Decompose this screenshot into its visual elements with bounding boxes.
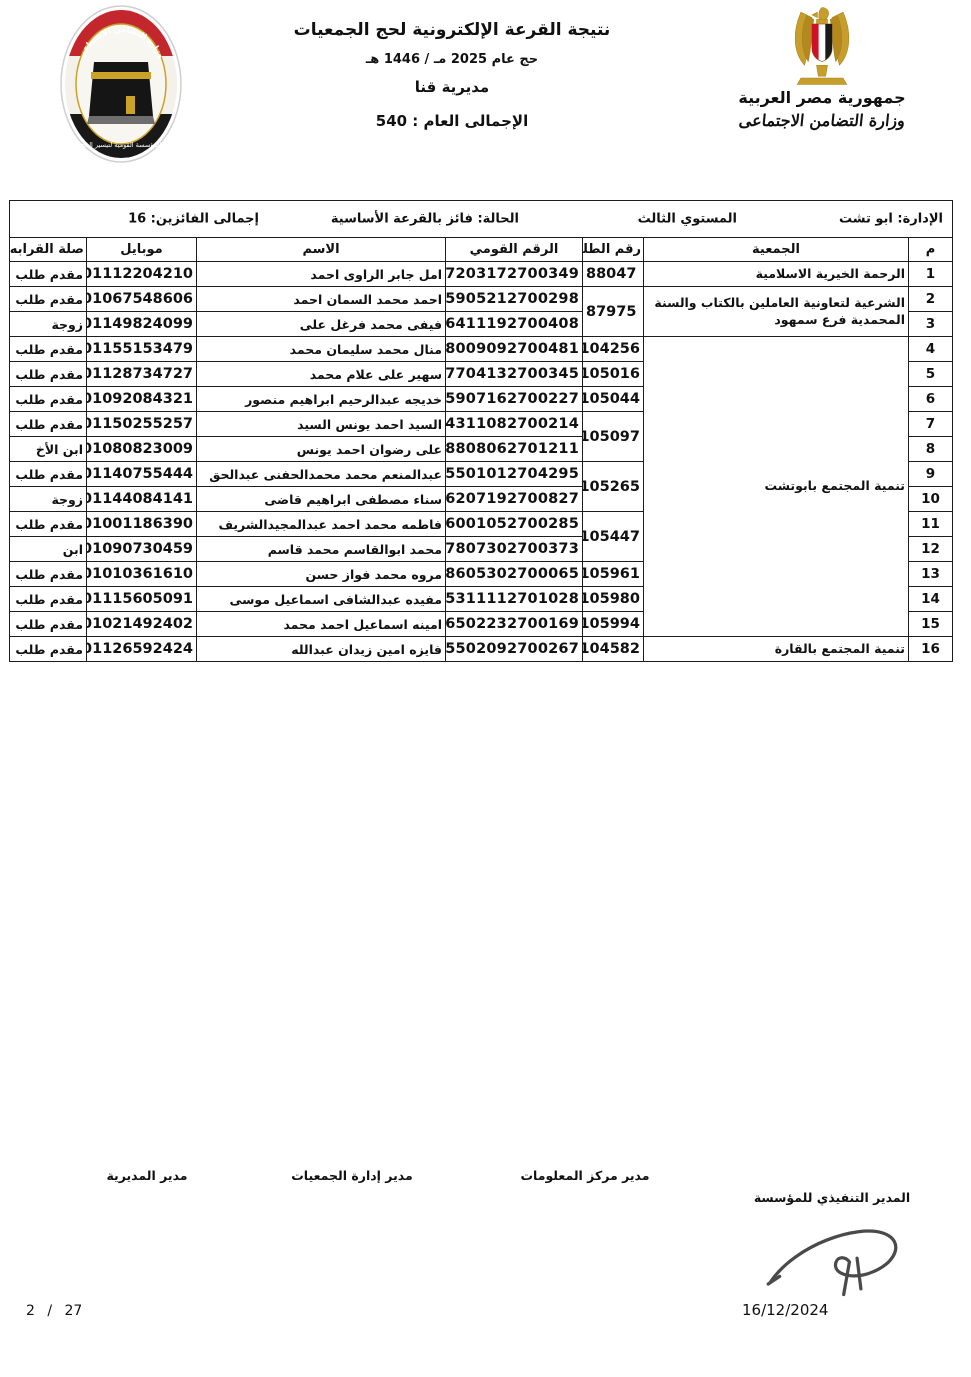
mobile-cell: 01115605091 [87,587,197,612]
name-cell: سناء مصطفى ابراهيم قاضى [197,487,446,512]
row-number-cell: 1 [909,262,953,287]
table-body: 1الرحمة الخيرية الاسلامية880472720317270… [10,262,953,662]
egypt-eagle-emblem-icon [789,6,855,86]
name-cell: خديجه عبدالرحيم ابراهيم منصور [197,387,446,412]
national-id-cell: 27704132700345 [446,362,583,387]
name-cell: احمد محمد السمان احمد [197,287,446,312]
table-header-row: مالجمعيةرقم الطلبالرقم القوميالاسمموبايل… [10,238,953,262]
relation-cell: مقدم طلب [10,387,87,412]
national-id-cell: 28605302700065 [446,562,583,587]
row-number-cell: 6 [909,387,953,412]
mobile-cell: 01010361610 [87,562,197,587]
national-id-cell: 27807302700373 [446,537,583,562]
name-cell: السيد احمد يونس السيد [197,412,446,437]
national-id-cell: 25905212700298 [446,287,583,312]
association-cell: تنمية المجتمع بابوتشت [644,337,909,637]
footer-date: 16/12/2024 [742,1301,828,1319]
row-number-cell: 10 [909,487,953,512]
relation-cell: مقدم طلب [10,262,87,287]
relation-cell: مقدم طلب [10,562,87,587]
relation-cell: مقدم طلب [10,412,87,437]
name-cell: سهير على علام محمد [197,362,446,387]
table-row: 1الرحمة الخيرية الاسلامية880472720317270… [10,262,953,287]
national-id-cell: 25501012704295 [446,462,583,487]
name-cell: فاطمه محمد احمد عبدالمجيدالشريف [197,512,446,537]
page-number: 2 / 27 [26,1303,82,1319]
name-cell: مروه محمد فواز حسن [197,562,446,587]
results-table: الإدارة: ابو تشت المستوي الثالث الحالة: … [9,200,953,662]
name-cell: فيفى محمد فرغل على [197,312,446,337]
table-info-row: الإدارة: ابو تشت المستوي الثالث الحالة: … [10,201,953,238]
row-number-cell: 14 [909,587,953,612]
relation-cell: ابن الأخ [10,437,87,462]
association-cell: الشرعية لتعاونية العاملين بالكتاب والسنة… [644,287,909,337]
directorate-line: مديرية قنا [278,78,626,96]
mobile-cell: 01140755444 [87,462,197,487]
info-administration: الإدارة: ابو تشت [839,212,943,227]
info-status: الحالة: فائز بالقرعة الأساسية [331,212,519,227]
national-id-cell: 24311082700214 [446,412,583,437]
mobile-cell: 01126592424 [87,637,197,662]
association-cell: الرحمة الخيرية الاسلامية [644,262,909,287]
national-id-cell: 28009092700481 [446,337,583,362]
request-number-cell: 104256 [583,337,644,362]
mobile-cell: 01128734727 [87,362,197,387]
hajj-year-line: حج عام 2025 مـ / 1446 هـ [278,52,626,67]
request-number-cell: 105994 [583,612,644,637]
signatory-information-center-manager: مدير مركز المعلومات [505,1168,665,1183]
logo-bottom-arc-text: المؤسسة القومية لتيسير الحج [81,141,162,149]
signatory-directorate-manager: مدير المديرية [92,1168,202,1183]
national-id-cell: 26502232700169 [446,612,583,637]
national-id-cell: 27203172700349 [446,262,583,287]
relation-cell: مقدم طلب [10,362,87,387]
row-number-cell: 16 [909,637,953,662]
name-cell: منال محمد سليمان محمد [197,337,446,362]
mobile-cell: 01155153479 [87,337,197,362]
name-cell: امينه اسماعيل احمد محمد [197,612,446,637]
ministry-calligraphy: وزارة التضامن الاجتماعى [721,111,923,130]
row-number-cell: 9 [909,462,953,487]
row-number-cell: 11 [909,512,953,537]
document-title: نتيجة القرعة الإلكترونية لحج الجمعيات [278,20,626,40]
request-number-cell: 105044 [583,387,644,412]
row-number-cell: 5 [909,362,953,387]
national-id-cell: 26001052700285 [446,512,583,537]
table-row: 16تنمية المجتمع بالقارة10458225502092700… [10,637,953,662]
national-id-cell: 28808062701211 [446,437,583,462]
association-cell: تنمية المجتمع بالقارة [644,637,909,662]
table-row: 2الشرعية لتعاونية العاملين بالكتاب والسن… [10,287,953,312]
request-number-cell: 105265 [583,462,644,512]
relation-cell: مقدم طلب [10,512,87,537]
results-table-wrap: الإدارة: ابو تشت المستوي الثالث الحالة: … [9,200,953,662]
request-number-cell: 105961 [583,562,644,587]
relation-cell: مقدم طلب [10,287,87,312]
relation-cell: مقدم طلب [10,462,87,487]
request-number-cell: 105447 [583,512,644,562]
document-page: جمهورية مصر العربية وزارة التضامن الاجتم… [0,0,971,1377]
name-cell: محمد ابوالقاسم محمد قاسم [197,537,446,562]
row-number-cell: 3 [909,312,953,337]
mobile-cell: 01144084141 [87,487,197,512]
request-number-cell: 87975 [583,287,644,337]
row-number-cell: 12 [909,537,953,562]
column-header: الجمعية [644,238,909,262]
national-id-cell: 26207192700827 [446,487,583,512]
national-id-cell: 25502092700267 [446,637,583,662]
column-header: م [909,238,953,262]
relation-cell: زوجة [10,487,87,512]
mobile-cell: 01149824099 [87,312,197,337]
request-number-cell: 104582 [583,637,644,662]
request-number-cell: 88047 [583,262,644,287]
republic-header: جمهورية مصر العربية وزارة التضامن الاجتم… [722,6,922,130]
request-number-cell: 105980 [583,587,644,612]
info-winners-total: إجمالى الفائزين: 16 [128,212,259,227]
table-row: 4تنمية المجتمع بابوتشت104256280090927004… [10,337,953,362]
signatory-executive-director: المدير التنفيذي للمؤسسة [742,1190,922,1205]
relation-cell: ابن [10,537,87,562]
country-name: جمهورية مصر العربية [722,88,922,107]
mobile-cell: 01001186390 [87,512,197,537]
name-cell: مفيده عبدالشافى اسماعيل موسى [197,587,446,612]
column-header: الاسم [197,238,446,262]
name-cell: فايزه امين زيدان عبدالله [197,637,446,662]
mobile-cell: 01112204210 [87,262,197,287]
mobile-cell: 01067548606 [87,287,197,312]
relation-cell: مقدم طلب [10,612,87,637]
name-cell: عبدالمنعم محمد محمدالحفنى عبدالحق [197,462,446,487]
row-number-cell: 13 [909,562,953,587]
row-number-cell: 8 [909,437,953,462]
national-id-cell: 26411192700408 [446,312,583,337]
document-title-block: نتيجة القرعة الإلكترونية لحج الجمعيات حج… [278,20,626,130]
column-header: صلة القرابه [10,238,87,262]
national-id-cell: 25907162700227 [446,387,583,412]
column-header: موبايل [87,238,197,262]
row-number-cell: 15 [909,612,953,637]
kaaba-icon [87,62,155,124]
relation-cell: زوجة [10,312,87,337]
mobile-cell: 01092084321 [87,387,197,412]
mobile-cell: 01090730459 [87,537,197,562]
name-cell: امل جابر الراوى احمد [197,262,446,287]
request-number-cell: 105016 [583,362,644,387]
grand-total-line: الإجمالى العام : 540 [278,112,626,130]
row-number-cell: 4 [909,337,953,362]
kaaba-logo-icon: وزارة التضامن الاجتماعي المؤسسة القومية … [60,4,182,164]
column-header: الرقم القومي [446,238,583,262]
ministry-logo: وزارة التضامن الاجتماعي المؤسسة القومية … [60,4,182,168]
mobile-cell: 01021492402 [87,612,197,637]
info-level: المستوي الثالث [638,212,737,227]
relation-cell: مقدم طلب [10,337,87,362]
signatory-associations-dept-manager: مدير إدارة الجمعيات [272,1168,432,1183]
mobile-cell: 01150255257 [87,412,197,437]
request-number-cell: 105097 [583,412,644,462]
mobile-cell: 01080823009 [87,437,197,462]
relation-cell: مقدم طلب [10,587,87,612]
column-header: رقم الطلب [583,238,644,262]
name-cell: على رضوان احمد يونس [197,437,446,462]
national-id-cell: 25311112701028 [446,587,583,612]
signature-scribble [763,1220,911,1310]
row-number-cell: 2 [909,287,953,312]
row-number-cell: 7 [909,412,953,437]
relation-cell: مقدم طلب [10,637,87,662]
